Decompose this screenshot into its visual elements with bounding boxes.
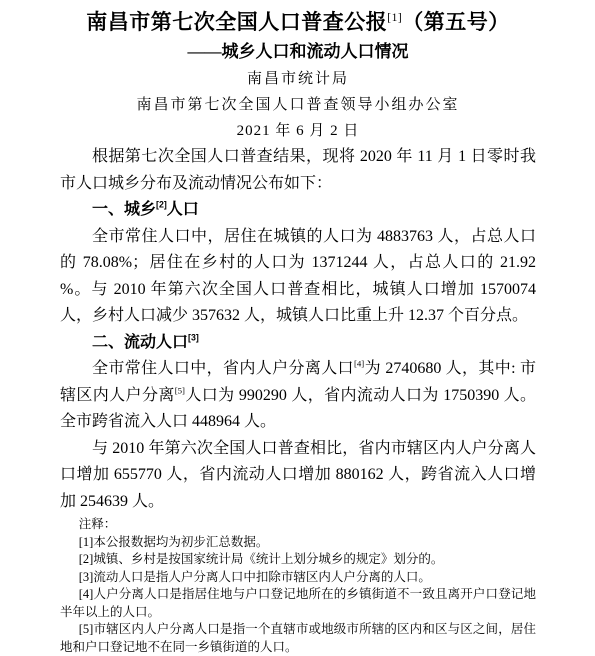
note-item-1: [1]本公报数据均为初步汇总数据。 [60,534,536,552]
migration-paragraph-1: 全市常住人口中，省内人户分离人口[4]为 2740680 人，其中: 市辖区内人… [60,356,536,436]
section-heading-urban-rural: 一、城乡[2]人口 [60,197,536,224]
section-2-heading-text: 二、流动人口 [92,334,188,351]
section-1-heading-text: 一、城乡 [92,201,156,218]
document-subtitle: ——城乡人口和流动人口情况 [60,38,536,66]
footnote-ref-3: [3] [188,332,199,342]
urban-rural-paragraph: 全市常住人口中，居住在城镇的人口为 4883763 人，占总人口的 78.08%… [60,224,536,330]
document-header: 南昌市第七次全国人口普查公报[1]（第五号） ——城乡人口和流动人口情况 南昌市… [60,6,536,144]
footnote-ref-2: [2] [156,200,167,210]
document-body: 根据第七次全国人口普查结果，现将 2020 年 11 月 1 日零时我市人口城乡… [60,144,536,515]
footnote-ref-1: [1] [387,12,402,24]
migration-paragraph-2: 与 2010 年第六次全国人口普查相比，省内市辖区内人户分离人口增加 65577… [60,436,536,516]
section-1-heading-suffix: 人口 [167,201,199,218]
issuer-census-leading-group-office: 南昌市第七次全国人口普查领导小组办公室 [60,92,536,118]
footnote-ref-4: [4] [354,359,364,369]
note-item-4: [4]人户分离人口是指居住地与户口登记地所在的乡镇街道不一致且离开户口登记地半年… [60,586,536,621]
publish-date: 2021 年 6 月 2 日 [60,118,536,144]
notes-section: 注释： [1]本公报数据均为初步汇总数据。 [2]城镇、乡村是按国家统计局《统计… [60,516,536,656]
census-bulletin-page: 南昌市第七次全国人口普查公报[1]（第五号） ——城乡人口和流动人口情况 南昌市… [0,0,595,656]
note-item-5: [5]市辖区内人户分离人口是指一个直辖市或地级市所辖的区内和区与区之间，居住地和… [60,621,536,656]
migration-p1-run-a: 全市常住人口中，省内人户分离人口 [92,360,354,377]
note-item-3: [3]流动人口是指人户分离人口中扣除市辖区内人户分离的人口。 [60,569,536,587]
intro-paragraph: 根据第七次全国人口普查结果，现将 2020 年 11 月 1 日零时我市人口城乡… [60,144,536,197]
document-title: 南昌市第七次全国人口普查公报[1]（第五号） [60,6,536,38]
document-title-text: 南昌市第七次全国人口普查公报 [86,10,387,34]
document-title-number: （第五号） [402,10,510,34]
section-heading-migration: 二、流动人口[3] [60,330,536,357]
issuer-statistics-bureau: 南昌市统计局 [60,66,536,92]
notes-header: 注释： [60,516,536,534]
footnote-ref-5: [5] [175,385,185,395]
note-item-2: [2]城镇、乡村是按国家统计局《统计上划分城乡的规定》划分的。 [60,551,536,569]
